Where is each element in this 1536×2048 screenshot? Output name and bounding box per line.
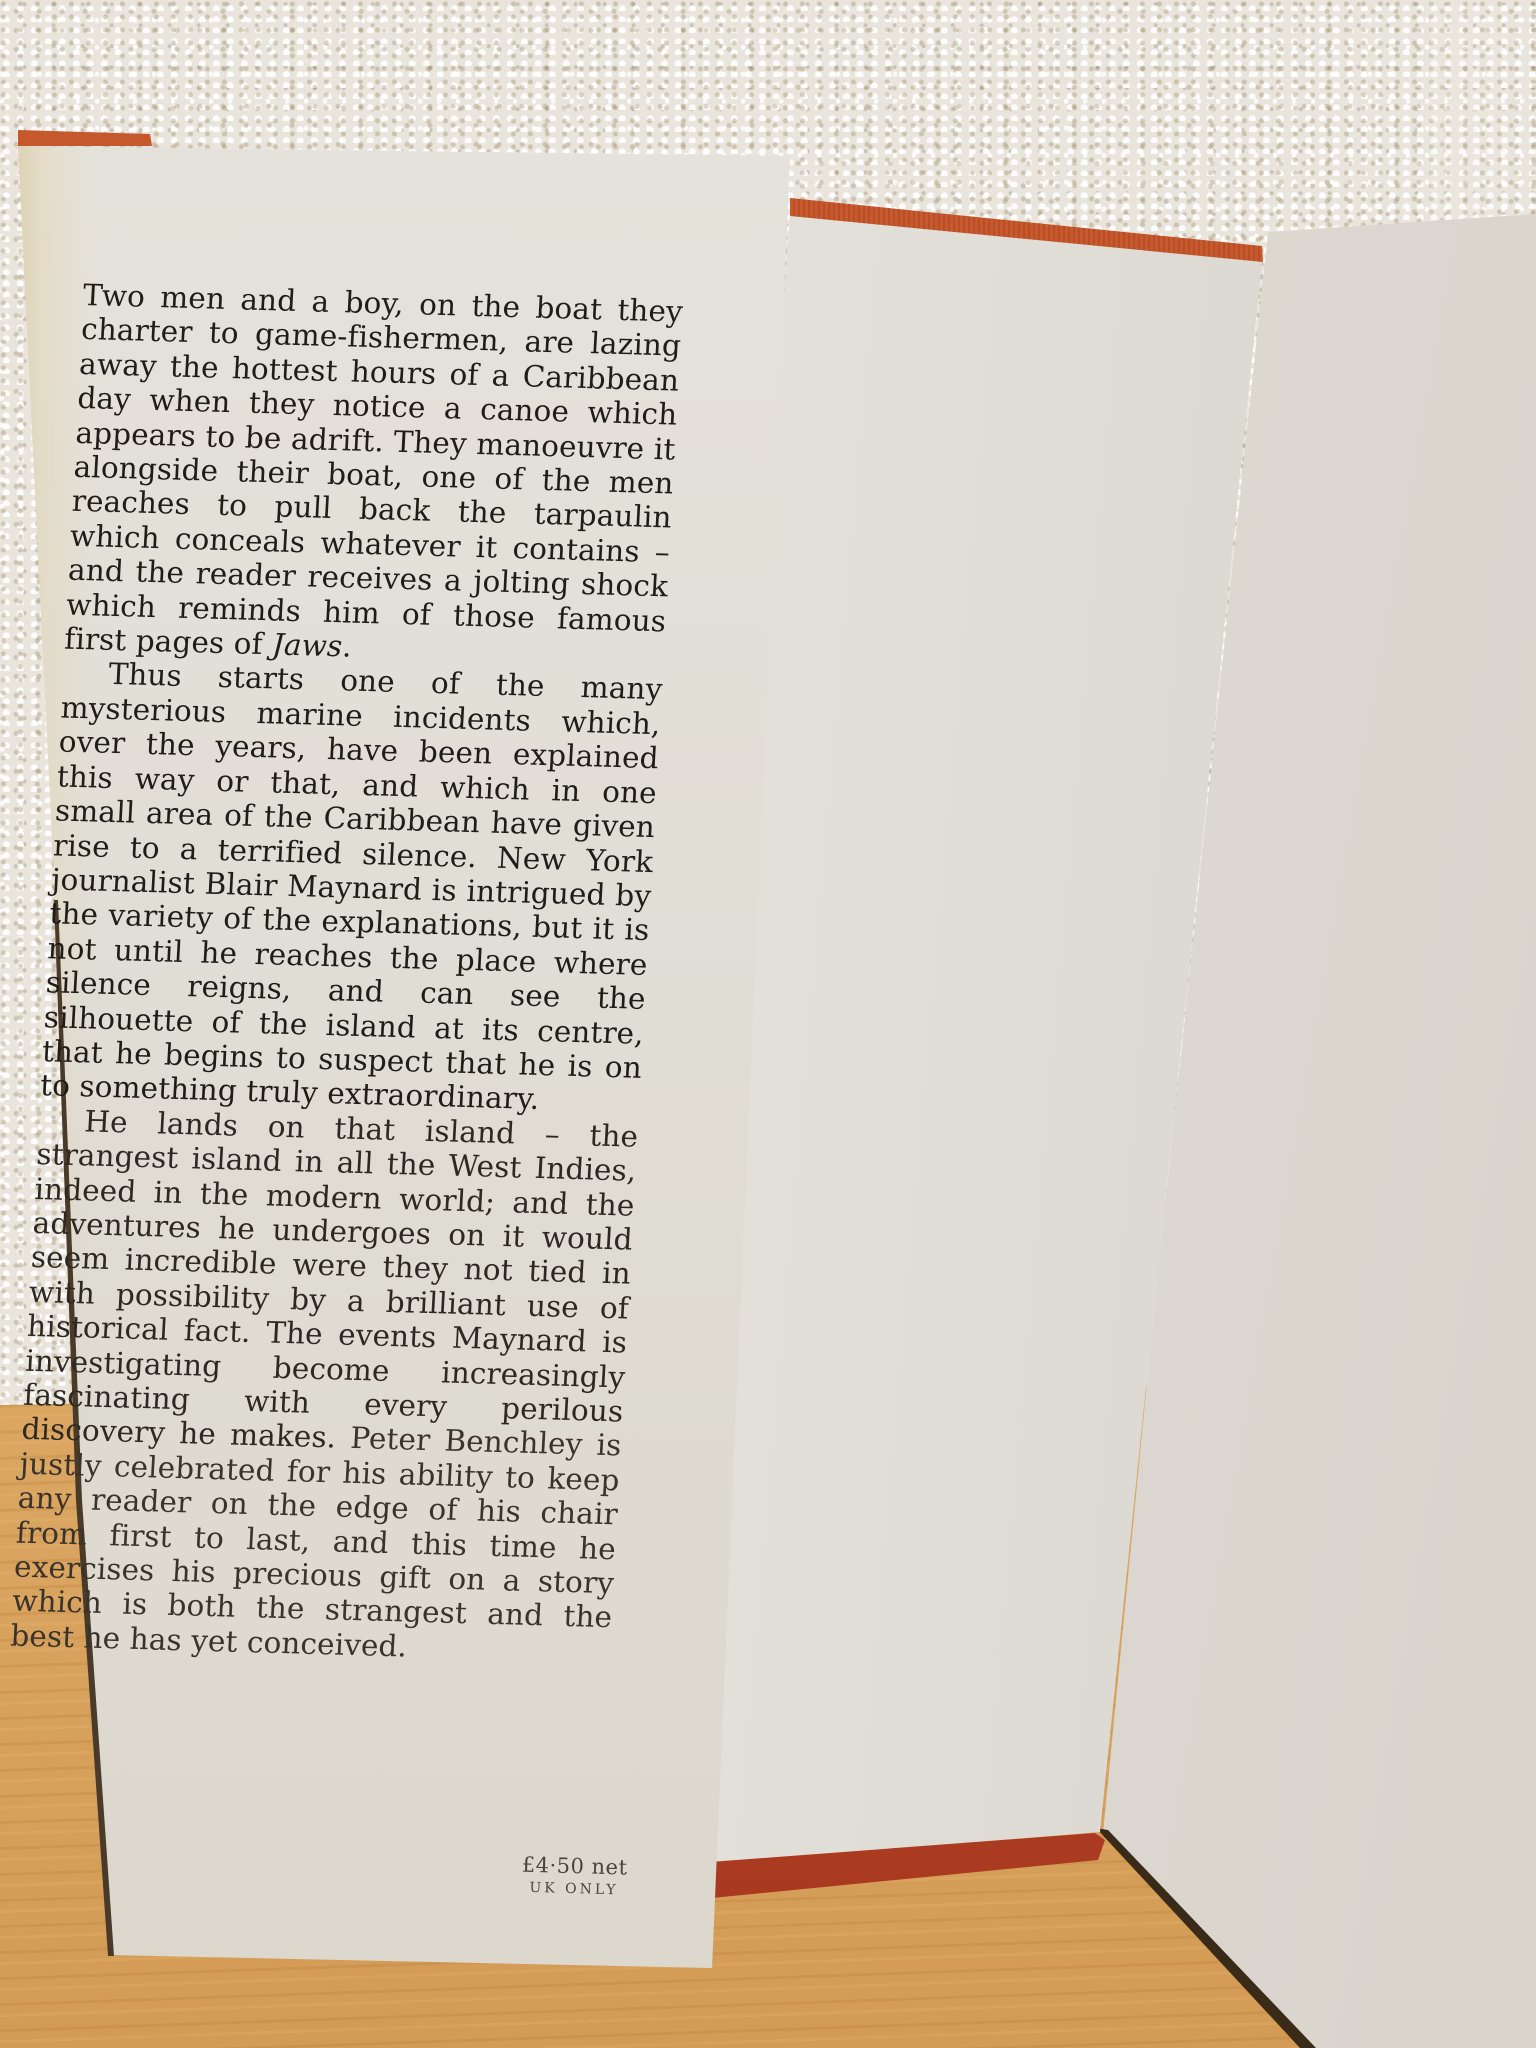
blurb-paragraph-1: Two men and a boy, on the boat they char… [64,278,684,673]
blurb-paragraph-1-text: Two men and a boy, on the boat they char… [64,278,684,661]
blurb-paragraph-2: Thus starts one of the many mysterious m… [39,656,663,1120]
blurb-paragraph-3: He lands on that island – the strangest … [10,1103,640,1670]
book-title-jaws: Jaws [271,627,343,663]
blurb-paragraph-1-end: . [341,629,352,663]
blurb-text: Two men and a boy, on the boat they char… [10,278,684,1669]
blurb-paragraph-3-text: He lands on that island – the strangest … [21,1104,639,1455]
price-block: £4·50 net UK ONLY [499,1852,650,1899]
price-label: £4·50 net [499,1852,650,1880]
blurb-paragraph-3-author: Peter Benchley is justly celebrated for … [10,1421,623,1663]
